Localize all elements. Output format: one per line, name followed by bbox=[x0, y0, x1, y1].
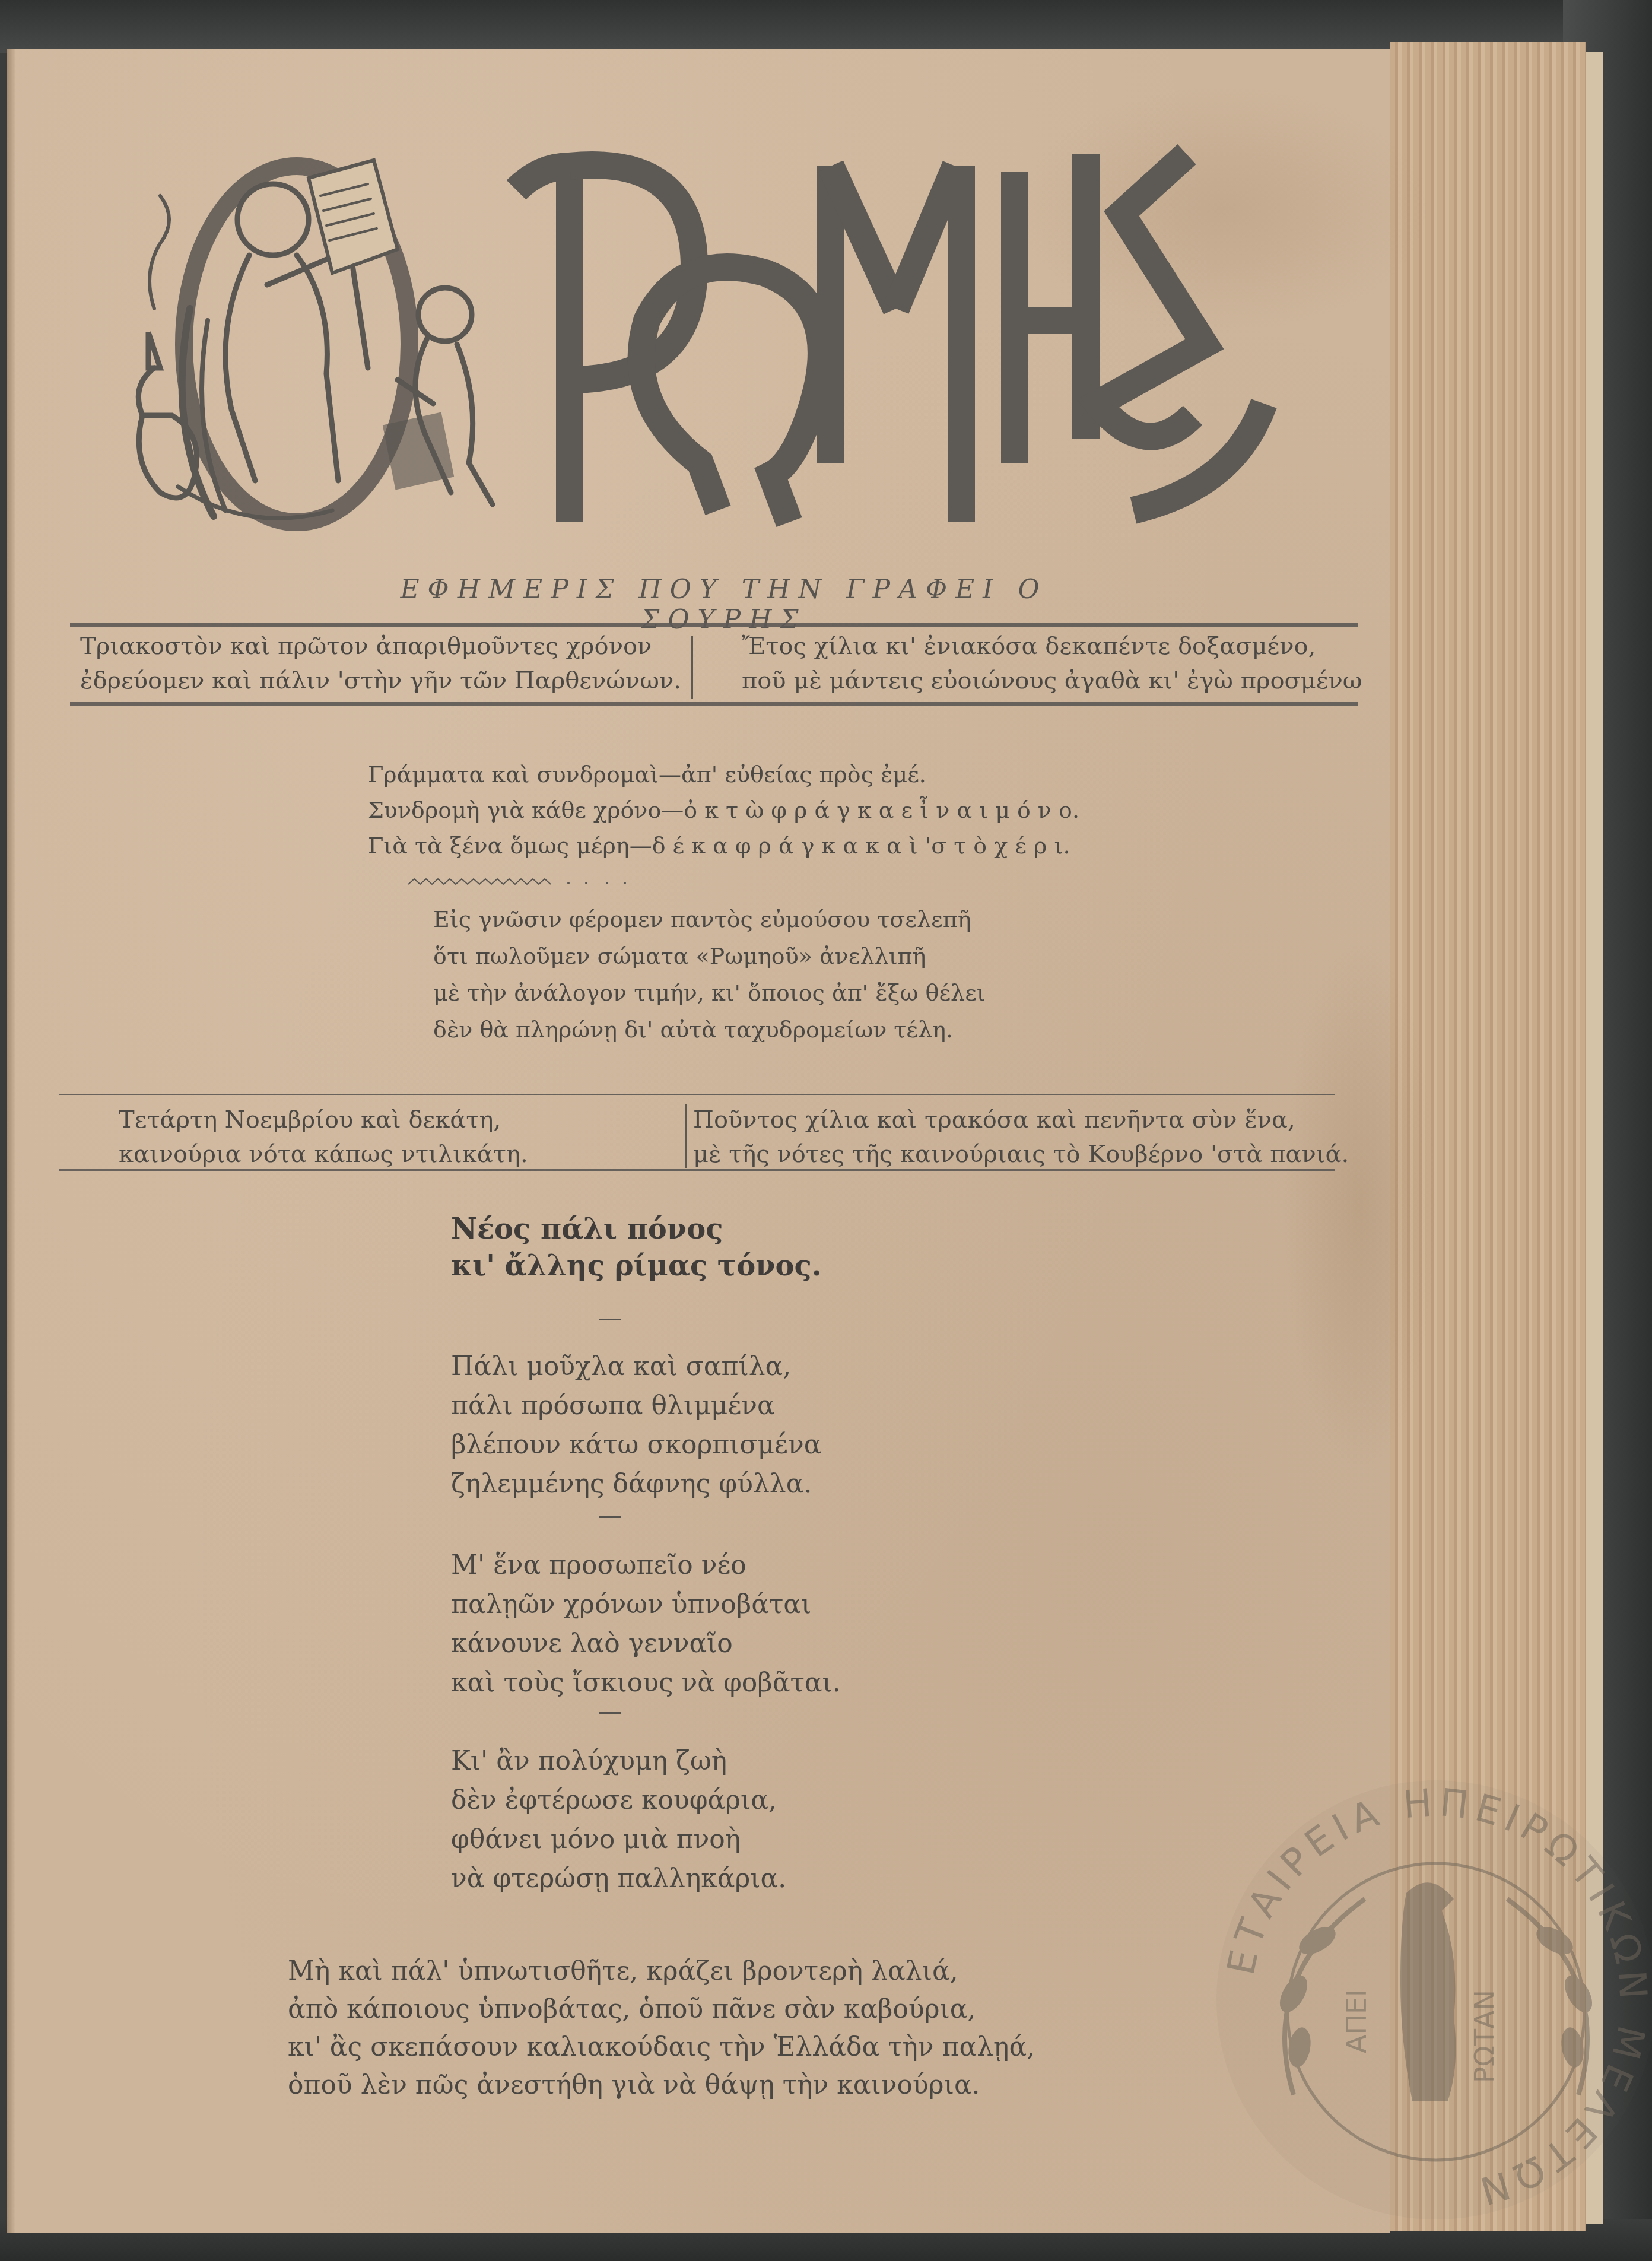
subscription-line-1: Γράμματα καὶ συνδρομαὶ—ἀπ' εὐθείας πρὸς … bbox=[368, 757, 1079, 792]
stanza-2: Μ' ἕνα προσωπεῖο νέο παλῃῶν χρόνων ὑπνοβ… bbox=[451, 1546, 841, 1703]
masthead-illustration-icon bbox=[119, 131, 498, 534]
header-left-line-1: Τριακοστὸν καὶ πρῶτον ἀπαριθμοῦντες χρόν… bbox=[80, 629, 681, 663]
header-left-line-2: ἐδρεύομεν καὶ πάλιν 'στὴν γῆν τῶν Παρθεν… bbox=[80, 663, 681, 698]
subscription-line-3: Γιὰ τὰ ξένα ὅμως μέρη—δ έ κ α φ ρ ά γ κ … bbox=[368, 828, 1079, 863]
subscription-block: Γράμματα καὶ συνδρομαὶ—ἀπ' εὐθείας πρὸς … bbox=[368, 757, 1079, 863]
date-column-divider bbox=[685, 1104, 687, 1168]
stanza-3-line-4: νὰ φτερώσῃ παλληκάρια. bbox=[451, 1859, 786, 1898]
poem-title: Νέος πάλι πόνος κι' ἄλλης ρίμας τόνος. bbox=[451, 1211, 821, 1284]
date-bottom-rule bbox=[59, 1169, 1335, 1171]
poem-title-line-1: Νέος πάλι πόνος bbox=[451, 1211, 821, 1247]
subscription-line-2: Συνδρομὴ γιὰ κάθε χρόνο—ὀ κ τ ὼ φ ρ ά γ … bbox=[368, 792, 1079, 828]
date-left-line-1: Τετάρτη Νοεμβρίου καὶ δεκάτη, bbox=[119, 1103, 528, 1137]
stanza-2-line-2: παλῃῶν χρόνων ὑπνοβάται bbox=[451, 1585, 841, 1624]
header-right-line-2: ποῦ μὲ μάντεις εὐοιώνους ἀγαθὰ κι' ἐγὼ π… bbox=[742, 663, 1362, 698]
stanza-separator bbox=[599, 1712, 621, 1714]
stanza-1-line-1: Πάλι μοῦχλα καὶ σαπίλα, bbox=[451, 1347, 821, 1386]
header-right-line-1: Ἔτος χίλια κι' ἐνιακόσα δεκαπέντε δοξασμ… bbox=[742, 629, 1362, 663]
stanza-1-line-2: πάλι πρόσωπα θλιμμένα bbox=[451, 1386, 821, 1425]
date-right-column: Ποῦντος χίλια καὶ τρακόσα καὶ πενῆντα σὺ… bbox=[693, 1103, 1349, 1171]
notice-line-4: δὲν θὰ πληρώνῃ δι' αὐτὰ ταχυδρομείων τέλ… bbox=[433, 1011, 986, 1048]
header-column-divider bbox=[691, 636, 693, 699]
stanza-2-line-3: κάνουνε λαὸ γενναῖο bbox=[451, 1624, 841, 1663]
stanza-1-line-3: βλέπουν κάτω σκορπισμένα bbox=[451, 1425, 821, 1465]
header-bottom-rule bbox=[70, 702, 1358, 706]
stanza-3-line-2: δὲν ἐφτέρωσε κουφάρια, bbox=[451, 1781, 786, 1820]
stanza-1-line-4: ζηλεμμένης δάφνης φύλλα. bbox=[451, 1465, 821, 1504]
stanza-3: Κι' ἂν πολύχυμη ζωὴ δὲν ἐφτέρωσε κουφάρι… bbox=[451, 1742, 786, 1898]
header-left-column: Τριακοστὸν καὶ πρῶτον ἀπαριθμοῦντες χρόν… bbox=[80, 629, 681, 698]
date-left-line-2: καινούρια νότα κάπως ντιλικάτη. bbox=[119, 1137, 528, 1171]
notice-block: Εἰς γνῶσιν φέρομεν παντὸς εὐμούσου τσελε… bbox=[433, 901, 986, 1048]
library-stamp-icon: ΕΤΑΙΡΕΙΑ ΗΠΕΙΡΩΤΙΚΩΝ ΜΕΛΕΤΩΝ ΑΠΕΙ ΡΩΤΑΝ bbox=[1211, 1774, 1652, 2225]
final-stanza-line-3: κι' ἂς σκεπάσουν καλιακούδαις τὴν Ἑλλάδα… bbox=[288, 2028, 1035, 2066]
stanza-2-line-1: Μ' ἕνα προσωπεῖο νέο bbox=[451, 1546, 841, 1585]
header-right-column: Ἔτος χίλια κι' ἐνιακόσα δεκαπέντε δοξασμ… bbox=[742, 629, 1362, 698]
stanza-3-line-1: Κι' ἂν πολύχυμη ζωὴ bbox=[451, 1742, 786, 1781]
date-top-rule bbox=[59, 1094, 1335, 1095]
poem-title-line-2: κι' ἄλλης ρίμας τόνος. bbox=[451, 1247, 821, 1284]
final-stanza-line-1: Μὴ καὶ πάλ' ὑπνωτισθῆτε, κράζει βροντερὴ… bbox=[288, 1952, 1035, 1990]
stamp-inner-right-text: ΡΩΤΑΝ bbox=[1469, 1990, 1501, 2083]
date-right-line-2: μὲ τῆς νότες τῆς καινούριαις τὸ Κουβέρνο… bbox=[693, 1137, 1349, 1171]
stamp-inner-left-text: ΑΠΕΙ bbox=[1340, 1989, 1373, 2053]
notice-line-3: μὲ τὴν ἀνάλογον τιμήν, κι' ὅποιος ἀπ' ἔξ… bbox=[433, 974, 986, 1011]
page-gutter bbox=[7, 49, 15, 2233]
stanza-separator bbox=[599, 1516, 621, 1518]
header-top-rule bbox=[70, 623, 1358, 627]
notice-line-2: ὅτι πωλοῦμεν σώματα «Ρωμηοῦ» ἀνελλιπῆ bbox=[433, 938, 986, 974]
stanza-1: Πάλι μοῦχλα καὶ σαπίλα, πάλι πρόσωπα θλι… bbox=[451, 1347, 821, 1504]
wavy-divider-icon bbox=[408, 877, 628, 885]
stanza-3-line-3: φθάνει μόνο μιὰ πνοὴ bbox=[451, 1820, 786, 1859]
stanza-separator bbox=[599, 1319, 621, 1320]
final-stanza-line-4: ὁποῦ λὲν πῶς ἀνεστήθη γιὰ νὰ θάψῃ τὴν κα… bbox=[288, 2066, 1035, 2104]
masthead bbox=[119, 131, 1282, 546]
date-left-column: Τετάρτη Νοεμβρίου καὶ δεκάτη, καινούρια … bbox=[119, 1103, 528, 1171]
final-stanza: Μὴ καὶ πάλ' ὑπνωτισθῆτε, κράζει βροντερὴ… bbox=[288, 1952, 1035, 2104]
notice-line-1: Εἰς γνῶσιν φέρομεν παντὸς εὐμούσου τσελε… bbox=[433, 901, 986, 938]
date-right-line-1: Ποῦντος χίλια καὶ τρακόσα καὶ πενῆντα σὺ… bbox=[693, 1103, 1349, 1137]
masthead-title-logo bbox=[493, 131, 1282, 546]
stanza-2-line-4: καὶ τοὺς ἴσκιους νὰ φοβᾶται. bbox=[451, 1663, 841, 1703]
final-stanza-line-2: ἀπὸ κάποιους ὑπνοβάτας, ὁποῦ πᾶνε σὰν κα… bbox=[288, 1990, 1035, 2028]
